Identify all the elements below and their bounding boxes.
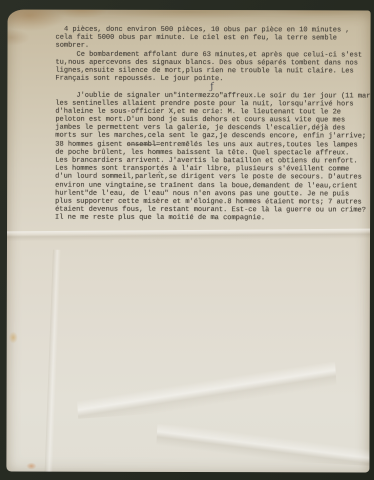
stain-dot-left-margin (9, 332, 18, 344)
stain-dot-bottom-left (26, 463, 36, 470)
text-line: Il ne me reste plus que la moitié de ma … (55, 214, 370, 223)
crease-horizontal-middle (7, 229, 370, 242)
text-line: d'un lourd sommeil,parlent,se dirigent v… (55, 173, 370, 182)
handwritten-correction-trainent: ˆ (157, 171, 162, 180)
document-page: 4 pièces, donc environ 500 pièces, 10 ob… (6, 10, 370, 473)
crease-diagonal-lower (76, 361, 338, 418)
typewritten-text: 4 pièces, donc environ 500 pièces, 10 ob… (55, 26, 371, 223)
crease-vertical-left (44, 250, 61, 473)
crease-diagonal-bottom (156, 424, 371, 466)
scan-background: 4 pièces, donc environ 500 pièces, 10 ob… (0, 0, 374, 480)
text-line: cela fait 5000 obus par minute. Le ciel … (56, 34, 371, 43)
text-line: morts sur les marches,cela sent le gaz,j… (55, 132, 370, 141)
